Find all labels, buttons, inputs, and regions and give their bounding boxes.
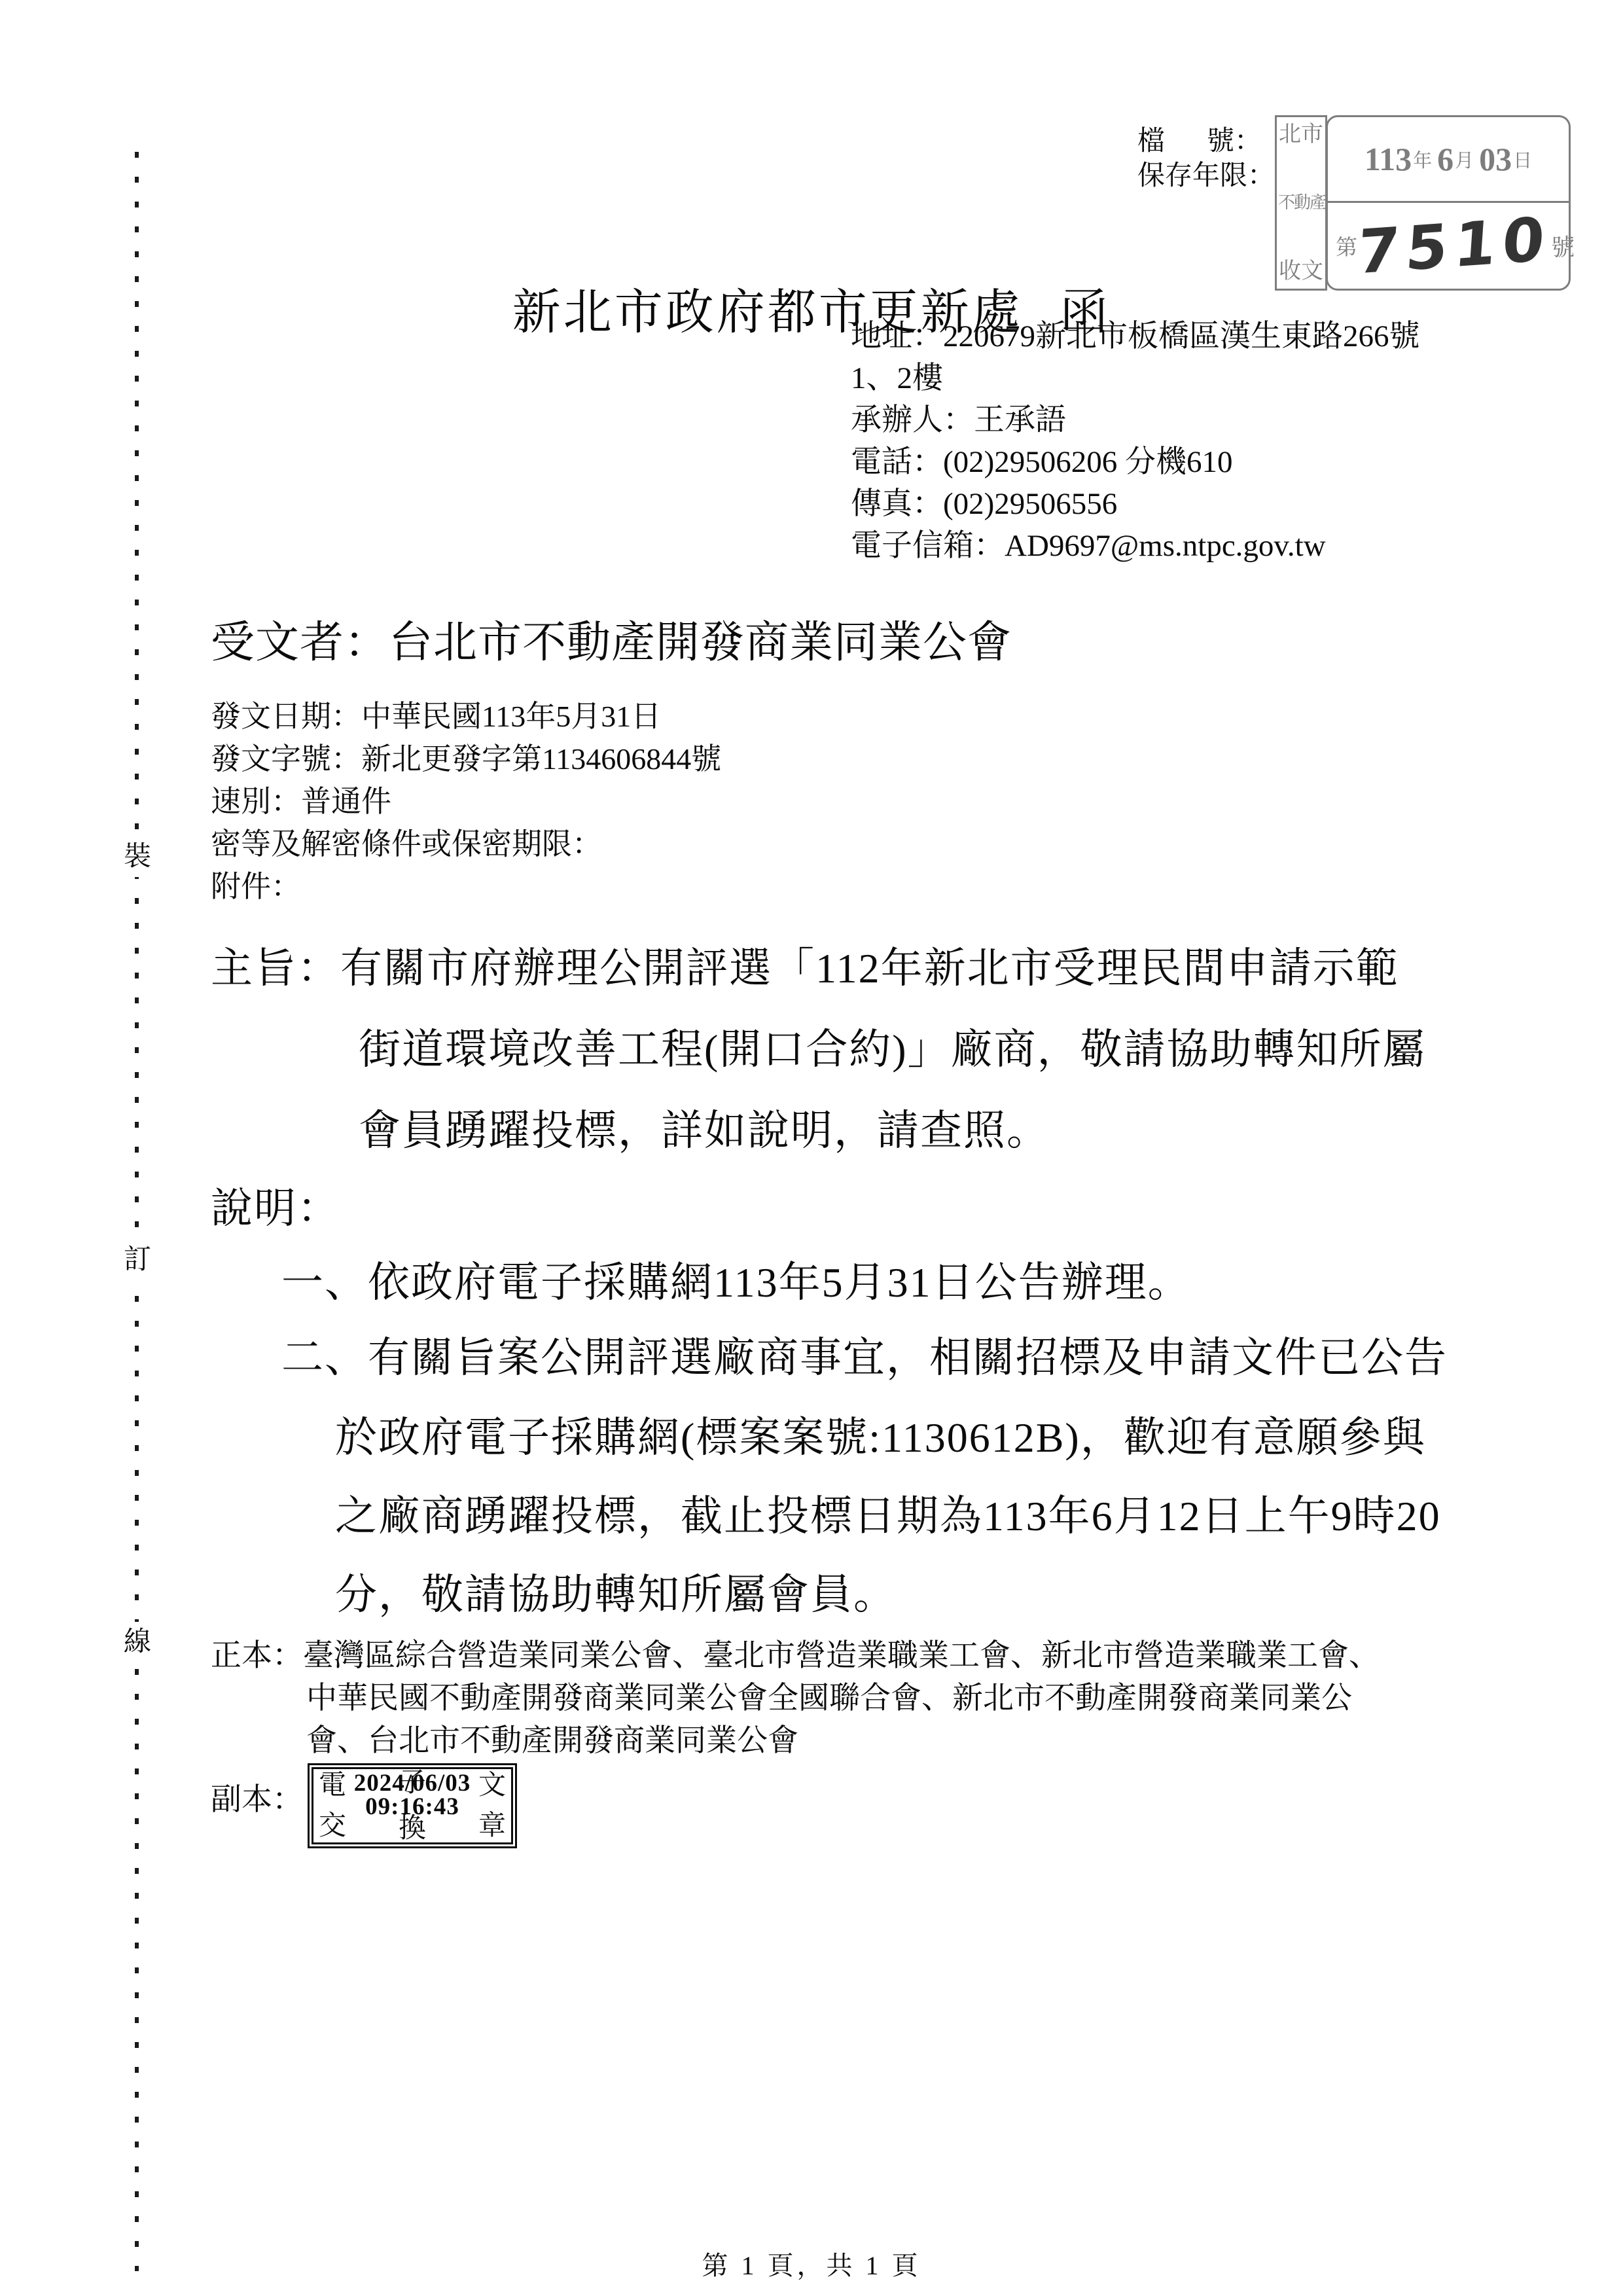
explanation-item-2-cont: 分，敬請協助轉知所屬會員。 [335,1561,897,1621]
sender-address-line2: 1、2樓 [851,357,1420,399]
explanation-heading: 說明： [211,1175,340,1235]
receipt-stamp: 北市 不動產 收文 113 年 6 月 03 日 第 7510 號 [1275,115,1571,291]
archive-labels: 檔 號： 保存年限： [1137,124,1262,194]
binding-mark-xian: 線 [120,1622,154,1662]
cc-copy-label: 副本： [211,1775,303,1819]
original-copy-line: 中華民國不動產開發商業同業公會全國聯合會、新北市不動產開發商業同業公 [306,1674,1352,1717]
binding-mark-ding: 訂 [120,1240,154,1280]
sender-address-line: 地址：220679新北市板橋區漢生東路266號 [851,315,1420,357]
handwritten-receipt-number: 7510 [1355,209,1553,283]
receipt-stamp-date: 113 年 6 月 03 日 [1328,117,1569,203]
subject-line: 街道環境改善工程(開口合約)」廠商，敬請協助轉知所屬 [359,1016,1426,1076]
sender-email: 電子信箱：AD9697@ms.ntpc.gov.tw [851,525,1420,567]
explanation-item-2-cont: 之廠商踴躍投標，截止投標日期為113年6月12日上午9時20 [335,1482,1441,1543]
explanation-item-2-cont: 於政府電子採購網(標案案號:1130612B)，歡迎有意願參與 [335,1404,1426,1464]
archive-number-label: 檔 號： [1137,124,1262,159]
sender-phone: 電話：(02)29506206 分機610 [851,441,1420,483]
exchange-stamp-datetime: 2024/06/03 09:16:43 [313,1772,511,1819]
binding-mark-zhuang: 裝 [120,836,154,877]
subject-line: 主旨：有關市府辦理公開評選「112年新北市受理民間申請示範 [211,935,1399,995]
retention-period-label: 保存年限： [1137,159,1262,194]
receipt-stamp-org-column: 北市 不動產 收文 [1275,115,1327,291]
security-class-line: 密等及解密條件或保密期限： [211,823,721,865]
document-page: 裝 訂 線 檔 號： 保存年限： 北市 不動產 收文 113 年 6 月 03 … [0,0,1623,2296]
receipt-stamp-org-line: 不動產 [1278,194,1324,213]
issue-number-line: 發文字號：新北更發字第1134606844號 [211,738,721,780]
exchange-stamp-time: 09:16:43 [313,1795,511,1819]
electronic-exchange-stamp: 電 子 文 交 換 章 2024/06/03 09:16:43 [308,1763,517,1848]
recipient-line: 受文者：台北市不動產開發商業同業公會 [211,607,1012,670]
sender-fax: 傳真：(02)29506556 [851,483,1420,525]
sender-info-block: 地址：220679新北市板橋區漢生東路266號 1、2樓 承辦人：王承語 電話：… [851,315,1420,567]
sender-contact-person: 承辦人：王承語 [851,399,1420,441]
original-copy-line: 正本：臺灣區綜合營造業同業公會、臺北市營造業職業工會、新北市營造業職業工會、 [211,1631,1380,1675]
exchange-stamp-date: 2024/06/03 [313,1772,511,1795]
explanation-item-1: 一、依政府電子採購網113年5月31日公告辦理。 [281,1249,1191,1309]
attachment-line: 附件： [211,865,721,908]
subject-line: 會員踴躍投標，詳如說明，請查照。 [359,1097,1050,1157]
page-number-footer: 第 1 頁，共 1 頁 [0,2245,1623,2282]
receipt-stamp-org-line: 北市 [1278,122,1324,147]
receipt-stamp-main-box: 113 年 6 月 03 日 第 7510 號 [1326,115,1571,291]
speed-class-line: 速別：普通件 [211,780,721,823]
binding-dotted-line [135,152,139,2271]
meta-block: 發文日期：中華民國113年5月31日 發文字號：新北更發字第1134606844… [211,695,721,908]
original-copy-line: 會、台北市不動產開發商業同業公會 [306,1716,798,1760]
issue-date-line: 發文日期：中華民國113年5月31日 [211,695,721,738]
explanation-item-2: 二、有關旨案公開評選廠商事宜，相關招標及申請文件已公告 [281,1324,1448,1384]
